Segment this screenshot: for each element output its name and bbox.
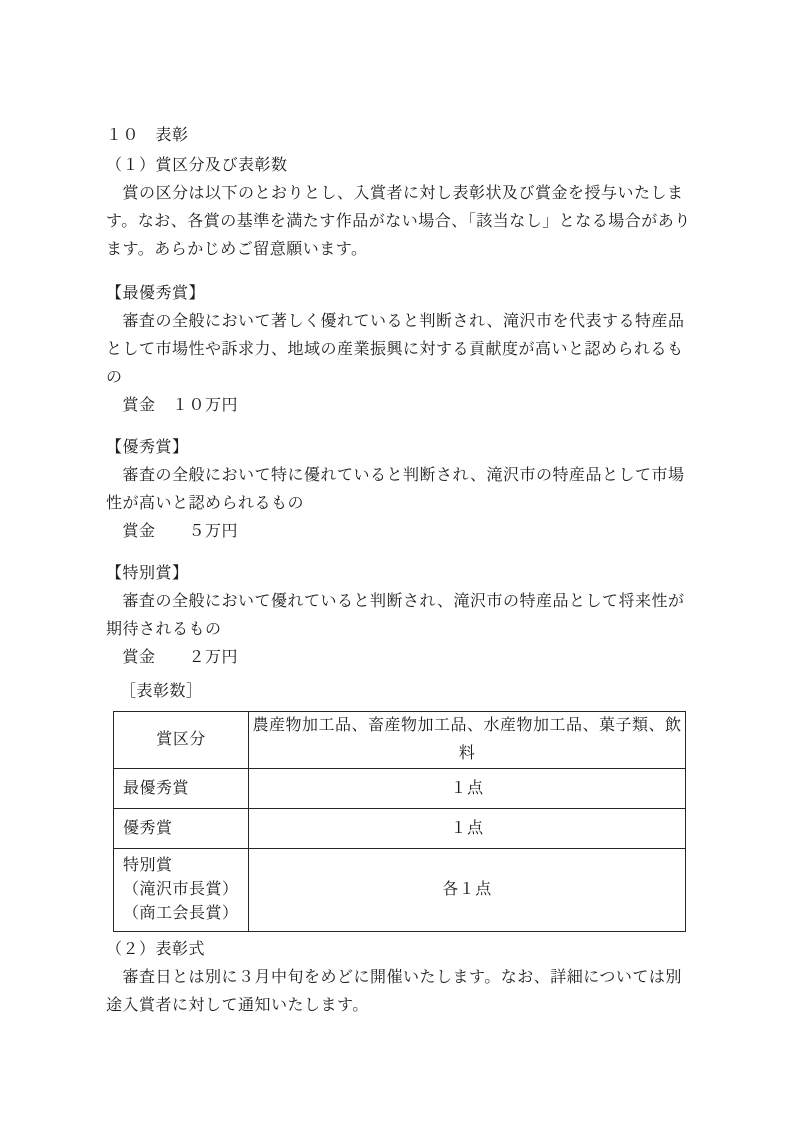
table-row: 最優秀賞 １点: [114, 769, 686, 809]
ceremony-paragraph: 審査日とは別に３月中旬をめどに開催いたします。なお、詳細については別途入賞者に対…: [106, 964, 692, 1020]
award-grand-prize-block: 【最優秀賞】 審査の全般において著しく優れていると判断され、滝沢市を代表する特産…: [106, 280, 692, 420]
award-heading: 【優秀賞】: [106, 434, 692, 462]
award-name-cell: 特別賞 （滝沢市長賞） （商工会長賞）: [114, 849, 249, 932]
table-header-category: 賞区分: [114, 712, 249, 769]
award-name-line: （商工会長賞）: [123, 902, 240, 926]
table-header-products: 農産物加工品、畜産物加工品、水産物加工品、菓子類、飲料: [249, 712, 686, 769]
table-caption: ［表彰数］: [120, 678, 692, 706]
section-heading: １０ 表彰: [106, 122, 692, 150]
award-excellence-prize-block: 【優秀賞】 審査の全般において特に優れていると判断され、滝沢市の特産品として市場…: [106, 434, 692, 546]
award-description: 審査の全般において特に優れていると判断され、滝沢市の特産品として市場性が高いと認…: [106, 462, 692, 518]
table-row: 特別賞 （滝沢市長賞） （商工会長賞） 各１点: [114, 849, 686, 932]
subsection-ceremony-heading: （２）表彰式: [106, 936, 692, 964]
document-page: １０ 表彰 （１）賞区分及び表彰数 賞の区分は以下のとおりとし、入賞者に対し表彰…: [0, 0, 796, 1132]
award-heading: 【最優秀賞】: [106, 280, 692, 308]
award-prize-amount: 賞金 １０万円: [106, 392, 692, 420]
award-name-line: 特別賞: [123, 854, 240, 878]
award-heading: 【特別賞】: [106, 560, 692, 588]
awards-count-table: 賞区分 農産物加工品、畜産物加工品、水産物加工品、菓子類、飲料 最優秀賞 １点 …: [113, 711, 686, 932]
award-count-cell: １点: [249, 809, 686, 849]
table-row: 優秀賞 １点: [114, 809, 686, 849]
award-special-prize-block: 【特別賞】 審査の全般において優れていると判断され、滝沢市の特産品として将来性が…: [106, 560, 692, 672]
award-name-cell: 最優秀賞: [114, 769, 249, 809]
award-description: 審査の全般において著しく優れていると判断され、滝沢市を代表する特産品として市場性…: [106, 308, 692, 392]
award-count-cell: １点: [249, 769, 686, 809]
table-header-row: 賞区分 農産物加工品、畜産物加工品、水産物加工品、菓子類、飲料: [114, 712, 686, 769]
awards-intro-paragraph: 賞の区分は以下のとおりとし、入賞者に対し表彰状及び賞金を授与いたします。なお、各…: [106, 180, 692, 264]
award-count-cell: 各１点: [249, 849, 686, 932]
award-prize-amount: 賞金 ５万円: [106, 518, 692, 546]
award-name-cell: 優秀賞: [114, 809, 249, 849]
subsection-awards-heading: （１）賞区分及び表彰数: [106, 152, 692, 180]
award-description: 審査の全般において優れていると判断され、滝沢市の特産品として将来性が期待されるも…: [106, 588, 692, 644]
award-name-line: （滝沢市長賞）: [123, 878, 240, 902]
award-prize-amount: 賞金 ２万円: [106, 644, 692, 672]
